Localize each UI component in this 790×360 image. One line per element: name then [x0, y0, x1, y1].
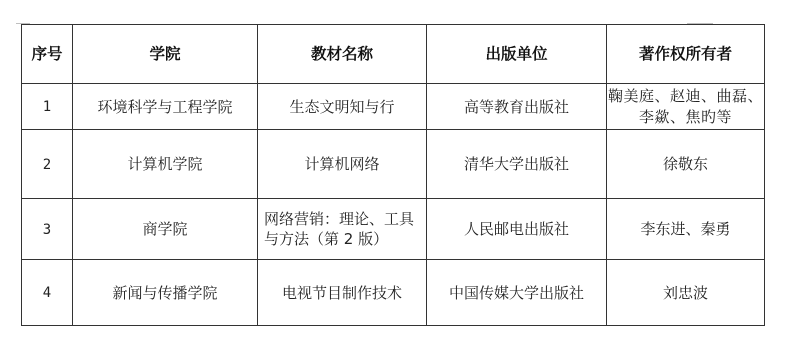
table-row: 3 商学院 网络营销：理论、工具与方法（第 2 版） 人民邮电出版社 李东进、秦…: [22, 199, 765, 260]
cell-college: 计算机学院: [73, 130, 258, 199]
cell-index: 2: [22, 130, 73, 199]
cell-textbook: 计算机网络: [258, 130, 427, 199]
index-text: 1: [43, 99, 51, 115]
table-row: 2 计算机学院 计算机网络 清华大学出版社 徐敬东: [22, 130, 765, 199]
textbook-text: 网络营销：理论、工具与方法（第 2 版）: [258, 209, 426, 249]
cell-index: 1: [22, 84, 73, 130]
cell-publisher: 中国传媒大学出版社: [427, 260, 607, 326]
cell-college: 新闻与传播学院: [73, 260, 258, 326]
textbook-copyright-table: 序号 学院 教材名称 出版单位 著作权所有者 1 环境科学与工程学院 生态文明知…: [21, 24, 765, 326]
header-copyright-owner: 著作权所有者: [607, 25, 765, 84]
cell-publisher: 人民邮电出版社: [427, 199, 607, 260]
owners-text: 鞠美庭、赵迪、曲磊、李歘、焦旳等: [607, 86, 764, 128]
cell-publisher: 高等教育出版社: [427, 84, 607, 130]
cell-textbook: 网络营销：理论、工具与方法（第 2 版）: [258, 199, 427, 260]
cell-owners: 刘忠波: [607, 260, 765, 326]
header-publisher: 出版单位: [427, 25, 607, 84]
table-row: 4 新闻与传播学院 电视节目制作技术 中国传媒大学出版社 刘忠波: [22, 260, 765, 326]
index-text: 4: [43, 285, 51, 301]
index-text: 2: [43, 157, 51, 173]
cell-index: 3: [22, 199, 73, 260]
header-textbook: 教材名称: [258, 25, 427, 84]
cell-college: 商学院: [73, 199, 258, 260]
cell-college: 环境科学与工程学院: [73, 84, 258, 130]
cell-owners: 徐敬东: [607, 130, 765, 199]
table-header-row: 序号 学院 教材名称 出版单位 著作权所有者: [22, 25, 765, 84]
cell-index: 4: [22, 260, 73, 326]
header-college: 学院: [73, 25, 258, 84]
cell-owners: 鞠美庭、赵迪、曲磊、李歘、焦旳等: [607, 84, 765, 130]
cell-publisher: 清华大学出版社: [427, 130, 607, 199]
table-row: 1 环境科学与工程学院 生态文明知与行 高等教育出版社 鞠美庭、赵迪、曲磊、李歘…: [22, 84, 765, 130]
header-index: 序号: [22, 25, 73, 84]
cell-textbook: 生态文明知与行: [258, 84, 427, 130]
cell-owners: 李东进、秦勇: [607, 199, 765, 260]
cell-textbook: 电视节目制作技术: [258, 260, 427, 326]
index-text: 3: [43, 222, 51, 238]
